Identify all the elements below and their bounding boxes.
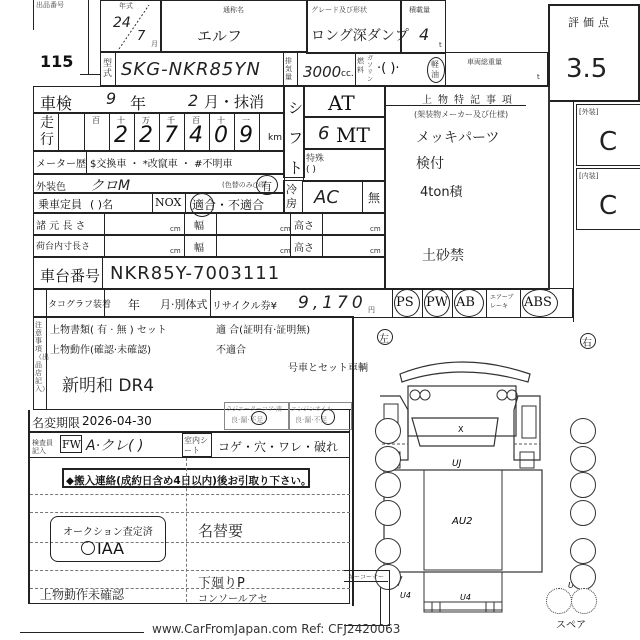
displacement-unit: cc. (341, 69, 354, 79)
grade-box: グレード及び形状 ロング深ダンプ (306, 0, 402, 54)
corner-label: キーコーナー (348, 572, 384, 581)
special-note-line-1: メッキパーツ (416, 127, 499, 147)
type-row: 型式 SKG-NKR85YN 排気量 3000 cc. 燃料 ガソリン ·( )… (100, 52, 548, 86)
mileage-digit: 2 (139, 123, 153, 148)
wheel-mid-right-2 (570, 446, 596, 472)
inspection-year-unit: 年 (130, 91, 146, 114)
shift-column: シフト (283, 86, 305, 178)
mileage-row: 走行 百十2万2千7百4十0一9 km (33, 112, 285, 152)
notice-box: ◆搬入連絡(成約日含め4日以内)後お引取り下さい。 オークション査定済 IAA … (28, 458, 350, 604)
exterior-color-row: 外装色 クロM (色替のみ○印 有 (33, 174, 285, 194)
mileage-unit: km (268, 133, 282, 143)
tacho-year-unit: 年 (128, 296, 140, 313)
load-capacity-value: 4 (419, 25, 429, 44)
mileage-digit: 2 (114, 123, 128, 148)
chassis-value: NKR85Y-7003111 (110, 263, 280, 284)
special-paren: ( ) (306, 165, 316, 175)
shift-mt: MT (336, 123, 370, 147)
exterior-grade-box: [外装] C (576, 104, 640, 166)
model-name-label: 通称名 (223, 5, 244, 15)
cautions-set-unfit: 不適合 (216, 341, 246, 356)
special-notes-title: 上物特記事項 (422, 91, 518, 106)
name-change-label: 名変期限 (32, 414, 80, 431)
lot-number: 115 (40, 52, 73, 71)
meter-history-options: $交換車 ・ *改竄車 ・ #不明車 (90, 155, 232, 170)
fuel-selected: 軽油 (431, 60, 441, 80)
mileage-digit: 0 (214, 123, 228, 148)
fw-value: A·クレ( ) (86, 435, 143, 455)
type-label: 型式 (103, 59, 113, 79)
tacho-row: タコグラフ装着 年 月·別体式 リサイクル券¥ 9,170 円 PSPWABエア… (33, 288, 573, 318)
inspection-label: 車検 (40, 91, 72, 114)
type-value: SKG-NKR85YN (121, 59, 261, 80)
aircon-row: 冷房 AC 無 (283, 180, 385, 214)
fw-side-label: 検査員記入 (32, 439, 58, 455)
equipment-circle (522, 289, 558, 317)
displacement-value: 3000 (303, 63, 341, 81)
special-notes-box: 上物特記事項 (架装物メーカー及び仕様) メッキパーツ 検付 4ton積 土砂禁 (385, 86, 550, 290)
cautions-operation: 上物動作(確認·未確認) (50, 341, 151, 356)
interior-seat-box: 室内シート (182, 433, 212, 457)
wheel-rear-left-1 (375, 538, 401, 564)
engine-oil-box: エンジンオイル 良·漏·不足 (288, 402, 352, 430)
fuel-gas-label: ガソリン (367, 55, 375, 83)
score-box: 評価点 3.5 (548, 4, 640, 102)
spare-wheel-1 (546, 588, 572, 614)
stamp-line-1: オークション査定済 (63, 523, 153, 538)
bed-width-label: 幅 (194, 239, 204, 254)
special-label: 特殊 (306, 151, 324, 164)
wheel-front-left-1 (375, 472, 401, 498)
cautions-side-label: 注意事項（出品店記入） (35, 321, 44, 393)
wheel-front-right-2 (570, 500, 596, 526)
windshield-mark: X (458, 425, 464, 434)
special-notes-subtitle: (架装物メーカー及び仕様) (414, 109, 508, 120)
cautions-docs: 上物書類( 有 · 無 ) セット (50, 321, 167, 336)
spec-length-unit: cm (170, 225, 181, 233)
recycle-unit: 円 (368, 305, 375, 315)
mileage-digit: 7 (164, 123, 178, 148)
spec-dimension-row: 諸 元 長 さ cm 幅 cm 高さ cm (33, 212, 385, 236)
wheel-mid-right-1 (570, 418, 596, 444)
chassis-row: 車台番号 NKR85Y-7003111 (33, 256, 385, 290)
chassis-label: 車台番号 (40, 265, 100, 286)
exterior-color-label: 外装色 (36, 178, 66, 193)
shift-mt-box: 6 MT (303, 116, 385, 150)
interior-grade-label: [内装] (579, 171, 598, 181)
spare-label: スペア (556, 616, 586, 631)
wheel-mid-left-2 (375, 446, 401, 472)
right-label: 右 (582, 334, 592, 349)
special-note-line-5: 土砂禁 (422, 245, 464, 265)
recycle-label: リサイクル券¥ (212, 297, 277, 312)
inspection-row: 車検 9 年 2 月・抹消 (33, 86, 285, 114)
inspector-note-3: コンソールアセ (198, 590, 268, 605)
top-left-label: 出品番号 (36, 0, 64, 10)
cautions-handwritten: 新明和 DR4 (62, 371, 154, 396)
stamp-line-2: IAA (97, 539, 124, 558)
mileage-unit-header: 百 (92, 115, 100, 126)
model-name: エルフ (197, 25, 242, 46)
inspection-year: 9 (106, 89, 116, 108)
capacity-row: 乗車定員 ( )名 NOX 適合・不適合 (33, 192, 285, 214)
meter-history-label: メーター歴 (36, 155, 86, 170)
spec-length-label: 諸 元 長 さ (36, 217, 86, 232)
grade-value: ロング深ダンプ (311, 25, 409, 45)
equipment-circle (394, 289, 420, 317)
nox-label-box: NOX (152, 192, 186, 214)
interior-grade: C (599, 191, 617, 221)
left-label: 左 (379, 330, 389, 345)
wheel-front-left-2 (375, 500, 401, 526)
fw-row: 検査員記入 FW A·クレ( ) 室内シート コゲ・穴・ワレ・破れ (28, 432, 350, 458)
bed-length-unit: cm (170, 247, 181, 255)
inspector-note-2: 下廻りP (198, 572, 245, 591)
engine-oil-circle (321, 409, 335, 425)
wheel-front-right-1 (570, 472, 596, 498)
model-name-box: 通称名 エルフ (160, 0, 308, 52)
shift-at-box: AT (303, 86, 385, 118)
bed-dimension-row: 荷台内寸長さ cm 幅 cm 高さ cm (33, 234, 385, 258)
shift-mt-value: 6 (318, 123, 329, 144)
score-value: 3.5 (566, 54, 607, 84)
mileage-digit: 4 (189, 123, 203, 148)
bed-length-label: 荷台内寸長さ (36, 239, 90, 252)
wheel-mid-left-1 (375, 418, 401, 444)
fw-label: FW (62, 438, 81, 451)
bottom-left-note: 上物動作未確認 (40, 586, 124, 603)
tacho-month-label: 月·別体式 (160, 296, 208, 312)
special-note-line-3: 4ton積 (420, 181, 463, 200)
cab-rear-mark: UJ (452, 459, 462, 469)
name-change-row: 名変期限 2026-04-30 ラジエーターコア·液 良·漏·不足 エンジンオイ… (28, 410, 350, 432)
grade-label: グレード及び形状 (311, 5, 367, 15)
name-change-value: 2026-04-30 (82, 414, 152, 428)
vehicle-diagram: X UJ AU2 U4 U4 U4 (380, 350, 580, 620)
spare-wheel-2 (571, 588, 597, 614)
capacity-label: 乗車定員 (38, 196, 82, 212)
special-box: 特殊 ( ) (303, 148, 385, 182)
recycle-value: 9,170 (298, 293, 367, 313)
tailgate-mark: U4 (460, 593, 471, 602)
inspector-note-1: 名替要 (198, 520, 243, 541)
tacho-label: タコグラフ装着 (48, 297, 111, 310)
inspection-month-unit: 月・抹消 (204, 91, 264, 112)
equipment-circle (424, 289, 450, 317)
gross-weight-label: 車両総重量 (467, 57, 502, 67)
wheel-rear-right-2 (570, 564, 596, 590)
wheel-rear-right-1 (570, 538, 596, 564)
watermark: www.CarFromJapan.com Ref: CFJ2420063 (152, 622, 400, 636)
equipment-circle (454, 289, 484, 317)
cautions-set-vehicle: 号車とセット車輌 (288, 359, 368, 374)
cautions-box: 注意事項（出品店記入） 上物書類( 有 · 無 ) セット 上物動作(確認·未確… (33, 316, 353, 410)
year-box: 年式 24 7 月 (100, 0, 162, 52)
displacement-label: 排気量 (285, 57, 295, 81)
bed-mark: AU2 (451, 516, 473, 527)
interior-seat-label: 室内シート (184, 436, 210, 456)
radiator-circle (251, 411, 267, 425)
equipment-エアーブレーキ: エアーブレーキ (490, 293, 518, 311)
fuel-label: 燃料 (357, 57, 365, 75)
meter-history-row: メーター歴 $交換車 ・ *改竄車 ・ #不明車 (33, 150, 285, 174)
interior-grade-box: [内装] C (576, 168, 640, 230)
gross-weight-unit: t (537, 73, 540, 81)
bed-height-label: 高さ (294, 239, 314, 254)
mileage-digit: 9 (239, 123, 253, 148)
exterior-grade: C (599, 127, 617, 157)
aircon-label: 冷房 (286, 183, 298, 211)
capacity-paren: ( )名 (90, 196, 113, 212)
radiator-box: ラジエーターコア·液 良·漏·不足 (224, 402, 290, 430)
aircon-none: 無 (368, 189, 380, 206)
score-label: 評価点 (568, 14, 613, 30)
load-capacity-label: 積載量 (409, 5, 430, 15)
interior-seat-options: コゲ・穴・ワレ・破れ (218, 438, 338, 455)
load-unit: t (439, 41, 442, 49)
stamp-logo-icon (81, 541, 95, 555)
spec-width-label: 幅 (194, 217, 204, 232)
spec-height-unit: cm (370, 225, 381, 233)
shift-label: シフト (288, 93, 302, 183)
notice-text: ◆搬入連絡(成約日含め4日以内)後お引取り下さい。 (66, 473, 311, 488)
left-rear-mark: U4 (400, 591, 411, 600)
mileage-label: 走行 (40, 115, 54, 149)
exterior-grade-label: [外装] (579, 107, 598, 117)
fuel-paren: ·( )· (377, 61, 400, 76)
inspection-month: 2 (188, 91, 198, 110)
special-note-line-2: 検付 (416, 153, 444, 173)
shift-at: AT (328, 91, 355, 115)
auction-stamp: オークション査定済 IAA (50, 516, 166, 562)
cautions-set-options: 適 合(証明有·証明無) (216, 321, 310, 336)
aircon-value: AC (314, 187, 339, 208)
bed-height-unit: cm (370, 247, 381, 255)
fw-label-box: FW (60, 435, 82, 453)
corner-box: キーコーナー (344, 570, 390, 626)
spec-height-label: 高さ (294, 217, 314, 232)
load-capacity-box: 積載量 4 t (400, 0, 446, 54)
nox-label: NOX (155, 196, 181, 209)
